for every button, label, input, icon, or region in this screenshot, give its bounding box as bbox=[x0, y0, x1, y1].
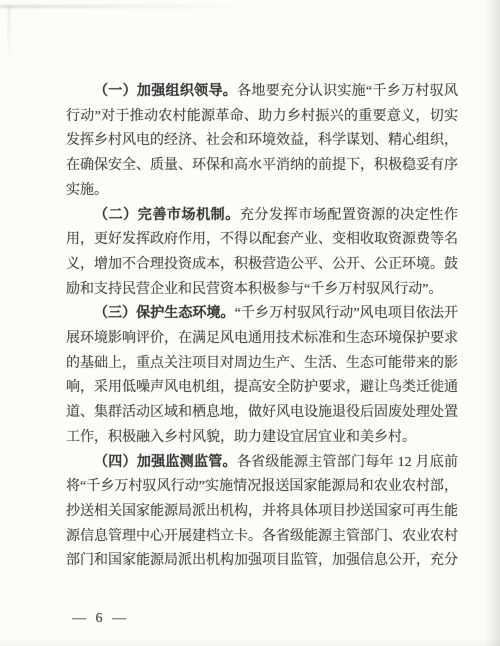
paragraph-3-heading: （三）保护生态环境。 bbox=[94, 306, 235, 321]
paragraph-4-heading: （四）加强监测监管。 bbox=[94, 455, 237, 470]
paragraph-1-text: 各地要充分认识实施“千乡万村驭风行动”对于推动农村能源革命、助力乡村振兴的重要意… bbox=[66, 84, 458, 198]
paragraph-2: （二）完善市场机制。充分发挥市场配置资源的决定性作用，更好发挥政府作用，不得以配… bbox=[66, 204, 458, 303]
paragraph-4: （四）加强监测监管。各省级能源主管部门每年 12 月底前将“千乡万村驭风行动”实… bbox=[66, 451, 458, 575]
paragraph-4-text: 各省级能源主管部门每年 12 月底前将“千乡万村驭风行动”实施情况报送国家能源局… bbox=[66, 455, 458, 569]
page-number: — 6 — bbox=[72, 611, 129, 627]
document-page: （一）加强组织领导。各地要充分认识实施“千乡万村驭风行动”对于推动农村能源革命、… bbox=[0, 0, 500, 646]
paragraph-2-heading: （二）完善市场机制。 bbox=[94, 208, 240, 223]
paragraph-3: （三）保护生态环境。“千乡万村驭风行动”风电项目依法开展环境影响评价，在满足风电… bbox=[66, 302, 458, 450]
scan-edge-shadow-bottom bbox=[0, 638, 500, 646]
scan-edge-artifact-top bbox=[0, 5, 260, 8]
document-body: （一）加强组织领导。各地要充分认识实施“千乡万村驭风行动”对于推动农村能源革命、… bbox=[66, 80, 458, 574]
paragraph-3-text: “千乡万村驭风行动”风电项目依法开展环境影响评价，在满足风电通用技术标准和生态环… bbox=[66, 306, 458, 445]
scan-edge-artifact-left bbox=[8, 6, 10, 66]
paragraph-1: （一）加强组织领导。各地要充分认识实施“千乡万村驭风行动”对于推动农村能源革命、… bbox=[66, 80, 458, 204]
paragraph-1-heading: （一）加强组织领导。 bbox=[94, 84, 237, 99]
scan-edge-shadow-right bbox=[484, 0, 500, 646]
